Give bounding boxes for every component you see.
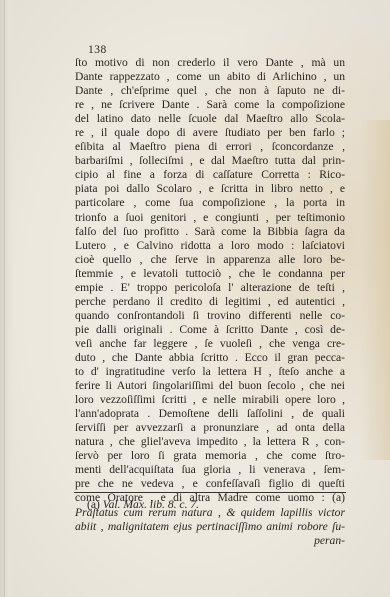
text-line: quando conſrontandoli ſi trovino differe…: [75, 309, 345, 323]
text-line: ſerviſſi per avvezzarſi a pronunziare , …: [75, 421, 345, 435]
text-line: veſi anche far leggere , ſe vuoleſi , ch…: [75, 337, 345, 351]
text-line: particolare , come ſua compoſizione , la…: [75, 196, 345, 210]
page-binding-edge: [0, 0, 14, 597]
text-line: natura , che gliel'aveva impedito , la l…: [75, 435, 345, 449]
text-line: loro vezzoſiſſimi ſcritti , e nelle mira…: [75, 393, 345, 407]
text-line: l'ann'adoprata . Demoſtene delli ſaſſoli…: [75, 407, 345, 421]
text-line: perche perdano il credito di legitimi , …: [75, 295, 345, 309]
text-line: menti dell'acquiſtata ſua gloria , li ve…: [75, 463, 345, 477]
footnote-text: Val. Max. lib. 8. c. 7.: [103, 498, 199, 511]
text-line: trionfo a ſuoi genitori , e congiunti , …: [75, 211, 345, 225]
text-line: ſervò per loro ſi grata memoria , che co…: [75, 449, 345, 463]
latin-quote-line: abiit , malignitatem ejus pertinaciſſimo…: [75, 520, 345, 534]
text-line: Dante rappezzato , come un abito di Arli…: [75, 70, 345, 84]
text-line: Lutero , e Calvino ridotta a loro modo :…: [75, 239, 345, 253]
text-line: to d' ingratitudine verſo la lettera H ,…: [75, 365, 345, 379]
text-line: pie dalli originali . Come à ſcritto Dan…: [75, 323, 345, 337]
text-line: cioè quello , che ſerve in apparenza all…: [75, 253, 345, 267]
book-page: 138 ſto motivo di non crederlo il vero D…: [0, 0, 390, 597]
text-line: barbariſmi , ſolleciſmi , e dal Maeſtro …: [75, 154, 345, 168]
text-line: ferire li Autori ſingolariſſimi del buon…: [75, 379, 345, 393]
text-line: ſtemmie , e levatoli tuttociò , che le c…: [75, 267, 345, 281]
text-line: del latino dato nelle ſcuole dal Maeſtro…: [75, 112, 345, 126]
text-line: Dante , ch'eſprime quel , che non à ſapu…: [75, 84, 345, 98]
footnote-ref: (a): [87, 498, 100, 511]
text-line: eſibita al Maeſtro piena di errori , ſco…: [75, 140, 345, 154]
footnote: (a) Val. Max. lib. 8. c. 7.: [87, 498, 199, 511]
text-line: falſo del ſuo profitto . Sarà come la Bi…: [75, 225, 345, 239]
text-line: cipio al fine a forza di caſſature Corre…: [75, 168, 345, 182]
text-line: ſto motivo di non crederlo il vero Dante…: [75, 56, 345, 70]
page-number: 138: [88, 44, 107, 56]
text-line: piata poi dallo Scolaro , e ſcritta in l…: [75, 182, 345, 196]
text-line: re , ne ſcrivere Dante . Sarà come la co…: [75, 98, 345, 112]
foxing-stain: [360, 120, 390, 460]
text-line: empie . E' troppo pericoloſa l' alterazi…: [75, 281, 345, 295]
text-line: pre che ne vedeva , e confeſſavaſi figli…: [75, 477, 345, 491]
footnote-rule: [74, 492, 346, 493]
body-text: ſto motivo di non crederlo il vero Dante…: [75, 56, 345, 548]
catchword: peran-: [75, 534, 345, 548]
text-line: duto , che Dante abbia ſcritto . Ecco il…: [75, 351, 345, 365]
text-line: re , il quale dopo di avere ſtudiato per…: [75, 126, 345, 140]
